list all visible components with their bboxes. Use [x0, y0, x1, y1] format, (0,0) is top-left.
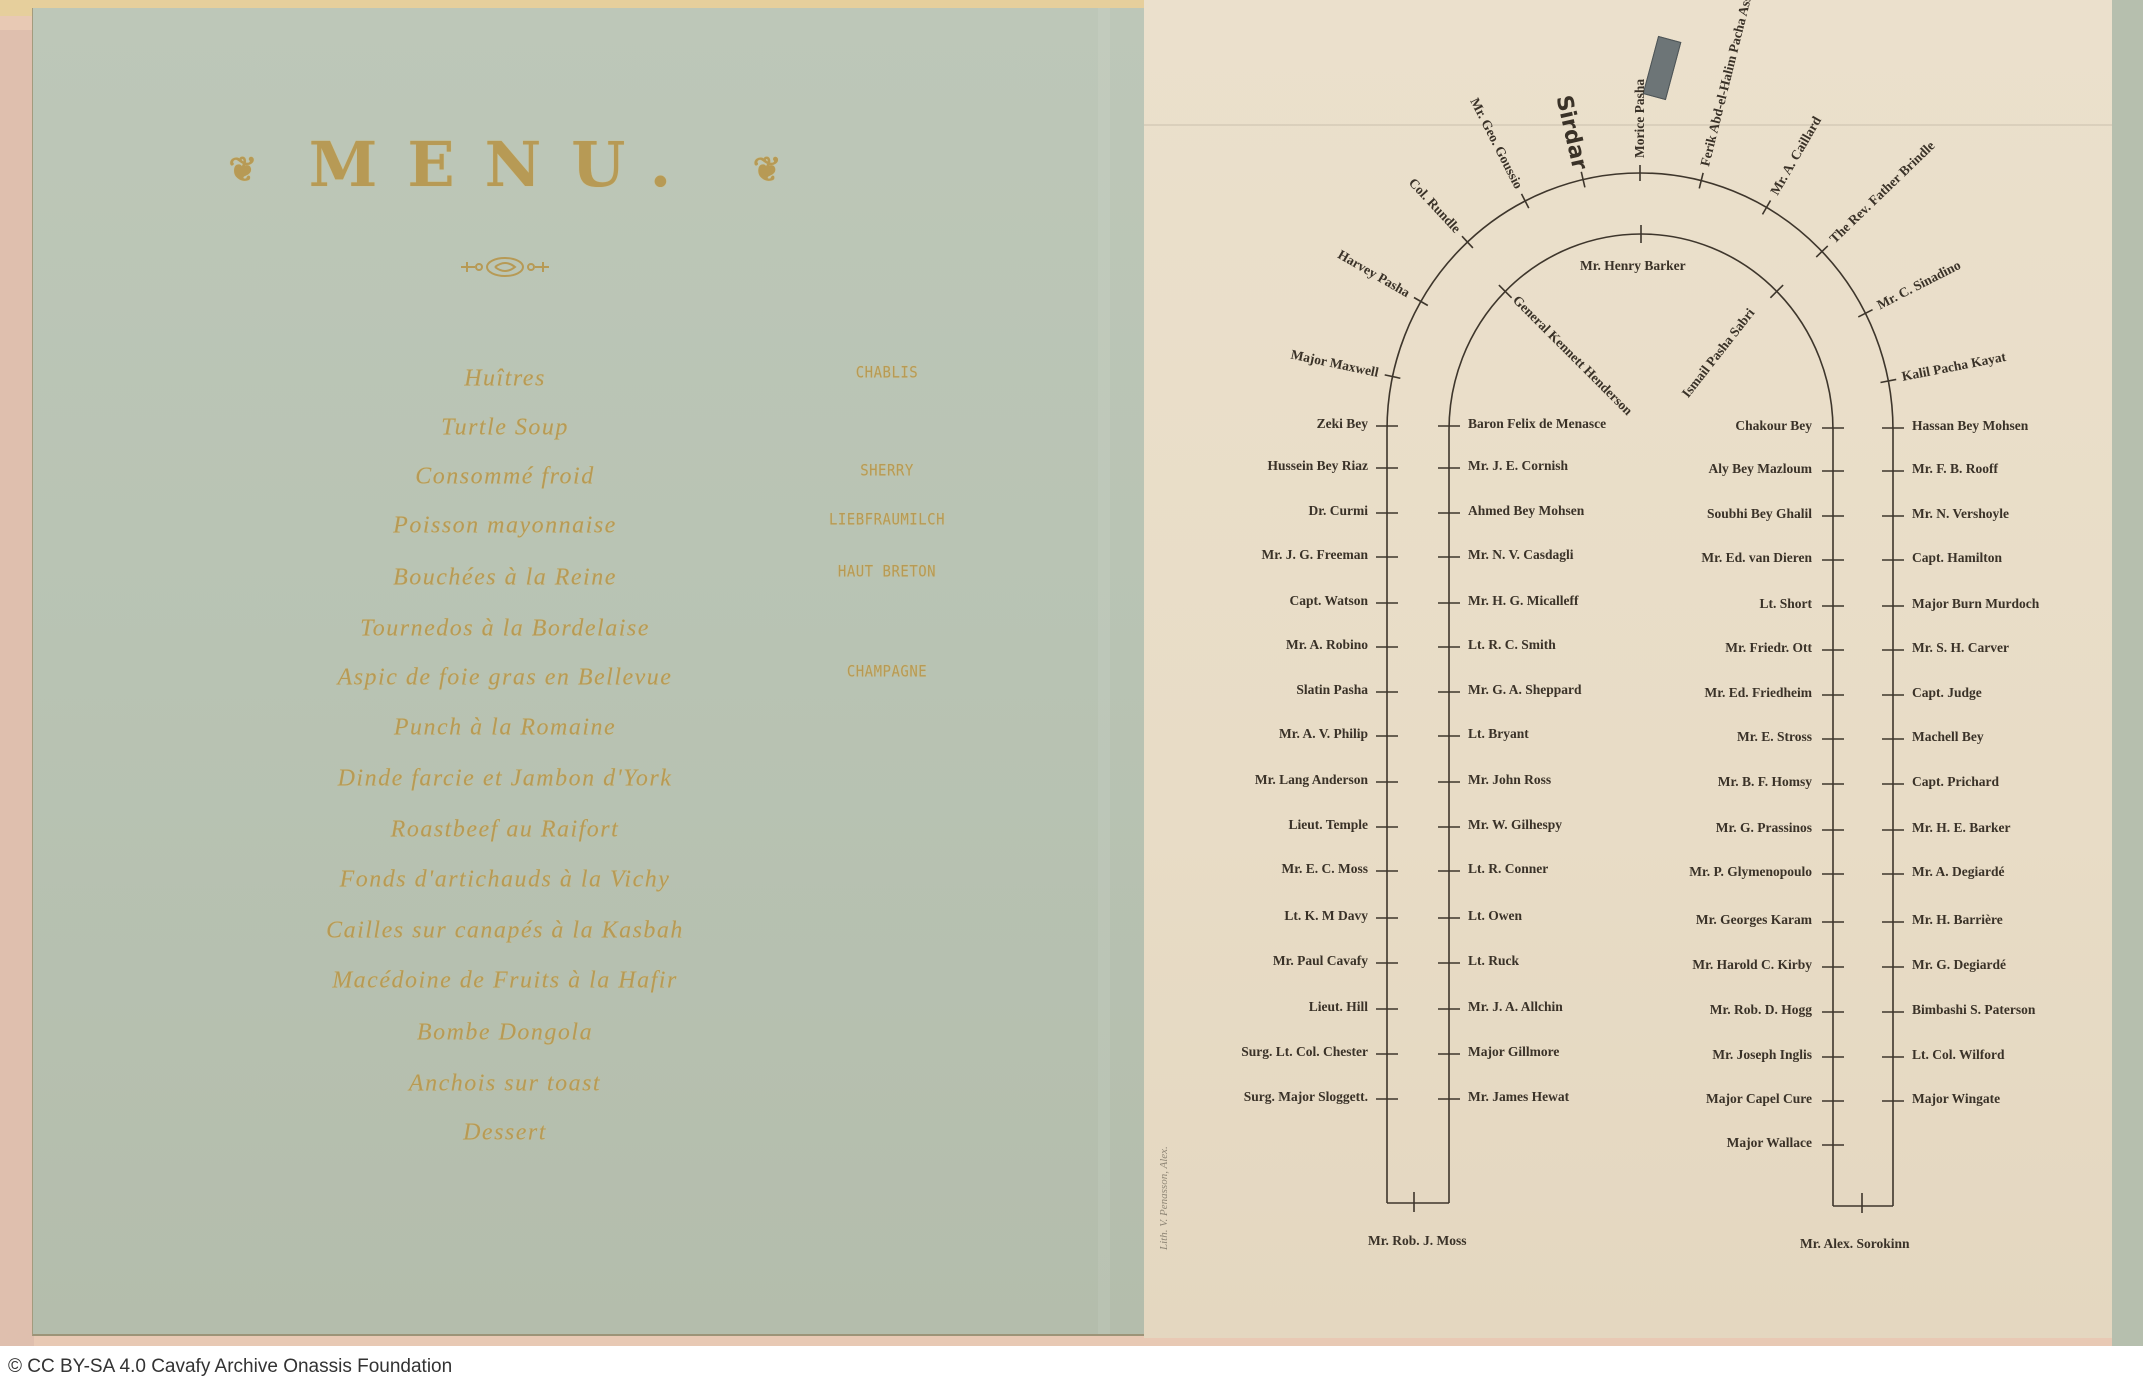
guest-name: Lt. Col. Wilford: [1912, 1047, 2005, 1063]
guest-name: Mr. S. H. Carver: [1912, 640, 2009, 656]
guest-name: Lieut. Hill: [1309, 999, 1368, 1015]
guest-name: Hassan Bey Mohsen: [1912, 418, 2028, 434]
guest-name: Mr. G. Degiardé: [1912, 957, 2006, 973]
guest-name: Mr. Lang Anderson: [1255, 772, 1368, 788]
guest-name: Baron Felix de Menasce: [1468, 416, 1606, 432]
guest-name: Mr. A. V. Philip: [1279, 726, 1368, 742]
guest-name: Major Wallace: [1727, 1135, 1812, 1151]
guest-name: Mr. G. Prassinos: [1716, 820, 1812, 836]
guest-name: Capt. Hamilton: [1912, 550, 2002, 566]
guest-name: Aly Bey Mazloum: [1709, 461, 1813, 477]
guest-name: Lt. R. C. Smith: [1468, 637, 1556, 653]
guest-name: Mr. N. Vershoyle: [1912, 506, 2009, 522]
guest-name: Mr. H. E. Barker: [1912, 820, 2011, 836]
guest-name: Ahmed Bey Mohsen: [1468, 503, 1584, 519]
host-name: Mr. Henry Barker: [1580, 258, 1686, 274]
guest-name: Capt. Judge: [1912, 685, 1982, 701]
guest-name: Lt. Owen: [1468, 908, 1522, 924]
guest-name: Mr. Harold C. Kirby: [1692, 957, 1812, 973]
guest-name: Machell Bey: [1912, 729, 1984, 745]
guest-name: Lt. Ruck: [1468, 953, 1519, 969]
guest-name: Mr. Rob. D. Hogg: [1710, 1002, 1812, 1018]
guest-name: Mr. G. A. Sheppard: [1468, 682, 1582, 698]
guest-name: Surg. Major Sloggett.: [1244, 1089, 1368, 1105]
guest-name: Mr. John Ross: [1468, 772, 1551, 788]
guest-name: Mr. James Hewat: [1468, 1089, 1569, 1105]
scanned-document: ❦ MENU. ❦ HuîtresCHABLISTurtle SoupConso…: [0, 0, 2143, 1346]
guest-name: Morice Pasha: [1632, 79, 1648, 158]
guest-name: Capt. Watson: [1289, 593, 1368, 609]
guest-name: Mr. H. Barrière: [1912, 912, 2003, 928]
copyright-footer: © CC BY-SA 4.0 Cavafy Archive Onassis Fo…: [8, 1356, 452, 1378]
guest-name: Bimbashi S. Paterson: [1912, 1002, 2035, 1018]
guest-name: Surg. Lt. Col. Chester: [1241, 1044, 1368, 1060]
guest-name: Mr. Georges Karam: [1696, 912, 1812, 928]
guest-name: Mr. Alex. Sorokinn: [1800, 1236, 1910, 1252]
guest-name: Major Gillmore: [1468, 1044, 1559, 1060]
guest-name: Major Capel Cure: [1706, 1091, 1812, 1107]
guest-name: Mr. Joseph Inglis: [1712, 1047, 1812, 1063]
guest-name: Soubhi Bey Ghalil: [1707, 506, 1812, 522]
guest-name: Mr. J. G. Freeman: [1262, 547, 1368, 563]
guest-name: Slatin Pasha: [1296, 682, 1368, 698]
guest-name: Zeki Bey: [1317, 416, 1368, 432]
guest-name: Mr. A. Robino: [1286, 637, 1368, 653]
guest-name: Lt. Bryant: [1468, 726, 1529, 742]
guest-name: Lt. K. M Davy: [1284, 908, 1368, 924]
guest-name: Lt. Short: [1759, 596, 1812, 612]
guest-name: Dr. Curmi: [1309, 503, 1369, 519]
guest-name: Mr. Friedr. Ott: [1725, 640, 1812, 656]
guest-name: Mr. Ed. Friedheim: [1705, 685, 1813, 701]
guest-name: Mr. F. B. Rooff: [1912, 461, 1998, 477]
guest-name: Mr. B. F. Homsy: [1718, 774, 1812, 790]
guest-name: Chakour Bey: [1735, 418, 1812, 434]
guest-name: Mr. Ed. van Dieren: [1701, 550, 1812, 566]
guest-name: Major Wingate: [1912, 1091, 2000, 1107]
guest-name: Lieut. Temple: [1288, 817, 1368, 833]
guest-name: Mr. E. Stross: [1737, 729, 1812, 745]
guest-name: Mr. Paul Cavafy: [1273, 953, 1368, 969]
guest-name: Mr. W. Gilhespy: [1468, 817, 1562, 833]
guest-name: Mr. E. C. Moss: [1282, 861, 1369, 877]
guest-name: Mr. N. V. Casdagli: [1468, 547, 1574, 563]
guest-name: Hussein Bey Riaz: [1267, 458, 1368, 474]
guest-name: Mr. H. G. Micalleff: [1468, 593, 1578, 609]
guest-name: Mr. J. E. Cornish: [1468, 458, 1568, 474]
guest-name: Mr. J. A. Allchin: [1468, 999, 1563, 1015]
guest-name: Mr. A. Degiardé: [1912, 864, 2004, 880]
guest-name: Lt. R. Conner: [1468, 861, 1548, 877]
printer-credit: Lith. V. Penasson, Alex.: [1158, 1146, 1170, 1250]
guest-name: Mr. Rob. J. Moss: [1368, 1233, 1467, 1249]
table-layout-diagram: [0, 0, 2143, 1346]
guest-name: Capt. Prichard: [1912, 774, 1999, 790]
guest-name: Major Burn Murdoch: [1912, 596, 2039, 612]
guest-name: Mr. P. Glymenopoulo: [1689, 864, 1812, 880]
